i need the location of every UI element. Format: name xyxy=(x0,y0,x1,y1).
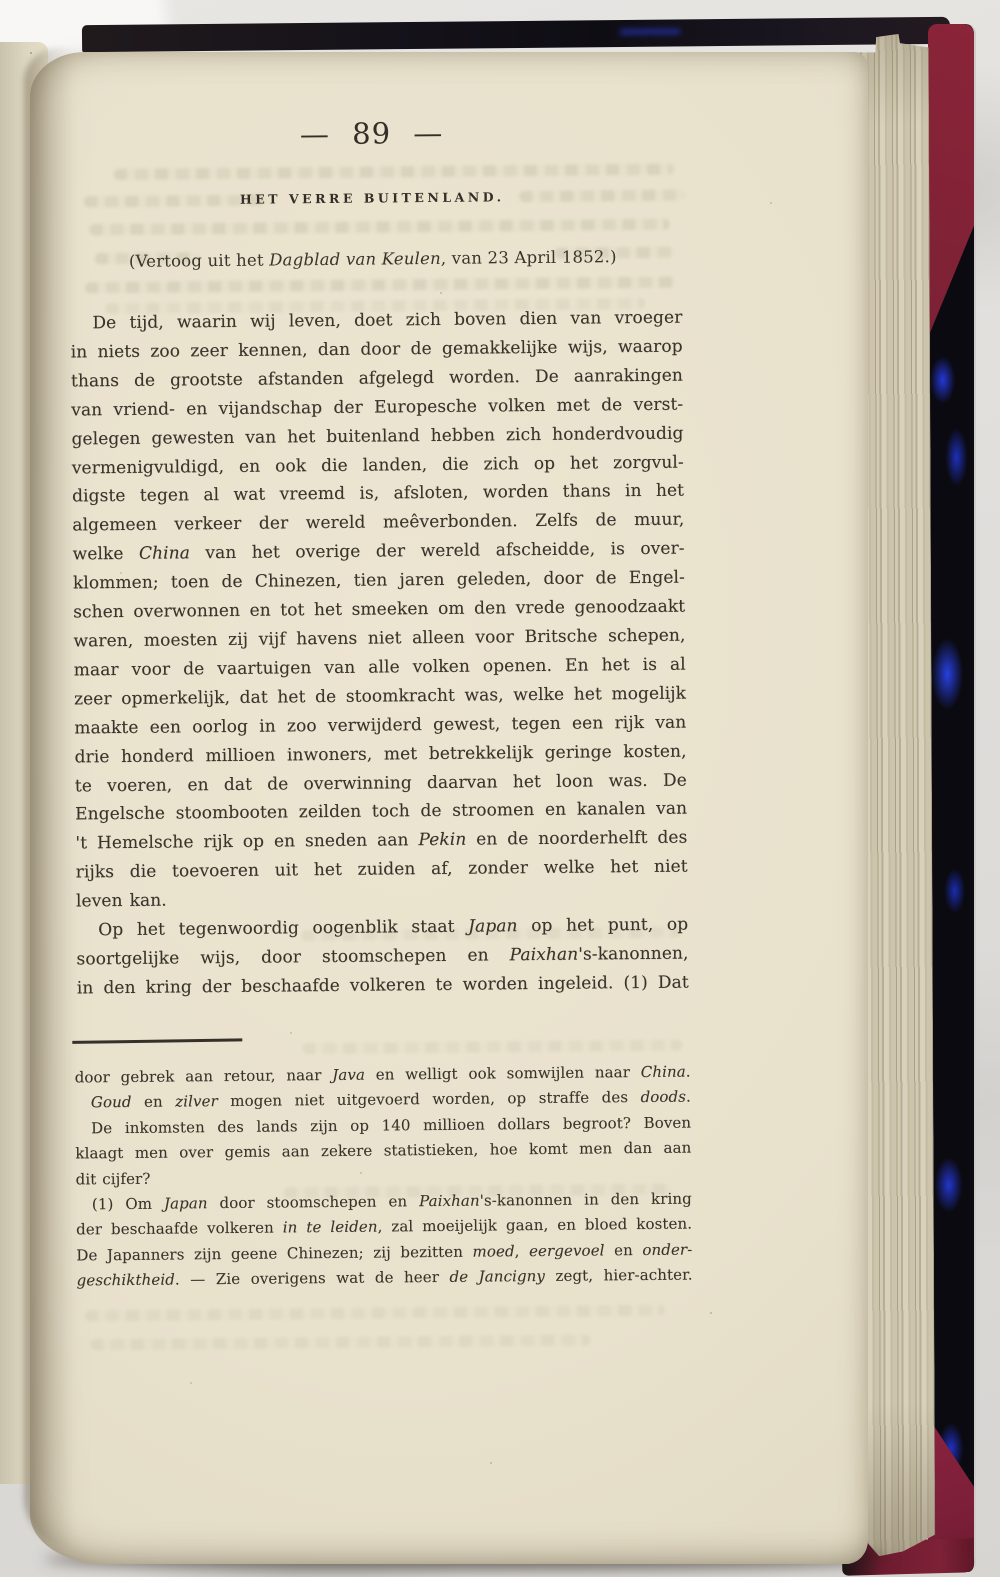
body-text: De tijd, waarin wij leven, doet zich bov… xyxy=(70,304,689,1004)
bleed-through-text xyxy=(90,1334,590,1350)
page-number: — 89 — xyxy=(71,114,671,154)
footnote-text: door gebrek aan retour, naar Java en wel… xyxy=(75,1060,693,1295)
bleed-through-text xyxy=(89,219,669,236)
bleed-through-text xyxy=(302,1040,682,1055)
bleed-through-text xyxy=(85,277,675,294)
footnote-rule xyxy=(72,1038,242,1044)
bleed-through-text xyxy=(85,1305,665,1322)
subtitle: (Vertoog uit het Dagblad van Keulen, van… xyxy=(73,247,673,272)
text-line: geschiktheid. — Zie overigens wat de hee… xyxy=(76,1263,692,1294)
chapter-heading: HET VERRE BUITENLAND. xyxy=(72,188,672,209)
bleed-through-text xyxy=(114,164,674,180)
text-line: rijks die toevoeren uit het zuiden af, z… xyxy=(76,853,688,888)
book-photograph: — 89 — HET VERRE BUITENLAND. (Vertoog ui… xyxy=(0,0,1000,1577)
printed-text-layer: — 89 — HET VERRE BUITENLAND. (Vertoog ui… xyxy=(0,0,1000,1577)
text-line: in den kring der beschaafde volkeren te … xyxy=(77,968,689,1003)
